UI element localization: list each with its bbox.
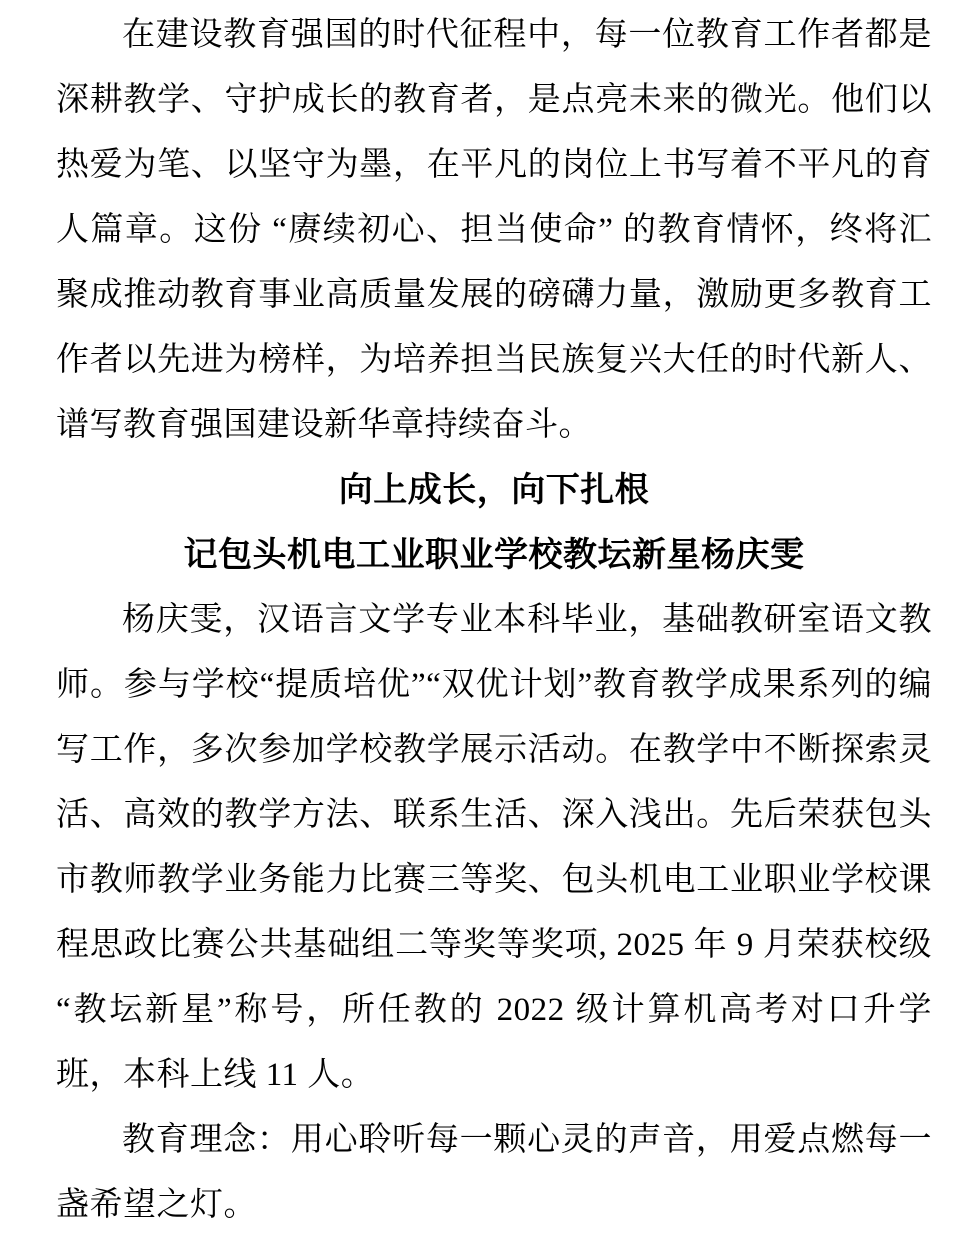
document-page: 在建设教育强国的时代征程中，每一位教育工作者都是深耕教学、守护成长的教育者，是点… [0,0,980,1243]
paragraph-bio: 杨庆雯，汉语言文学专业本科毕业，基础教研室语文教师。参与学校“提质培优”“双优计… [56,588,932,1108]
paragraph-intro: 在建设教育强国的时代征程中，每一位教育工作者都是深耕教学、守护成长的教育者，是点… [56,3,932,458]
article-subtitle: 记包头机电工业职业学校教坛新星杨庆雯 [56,523,932,588]
article-title: 向上成长，向下扎根 [56,458,932,523]
paragraph-philosophy: 教育理念：用心聆听每一颗心灵的声音，用爱点燃每一盏希望之灯。 [56,1108,932,1238]
